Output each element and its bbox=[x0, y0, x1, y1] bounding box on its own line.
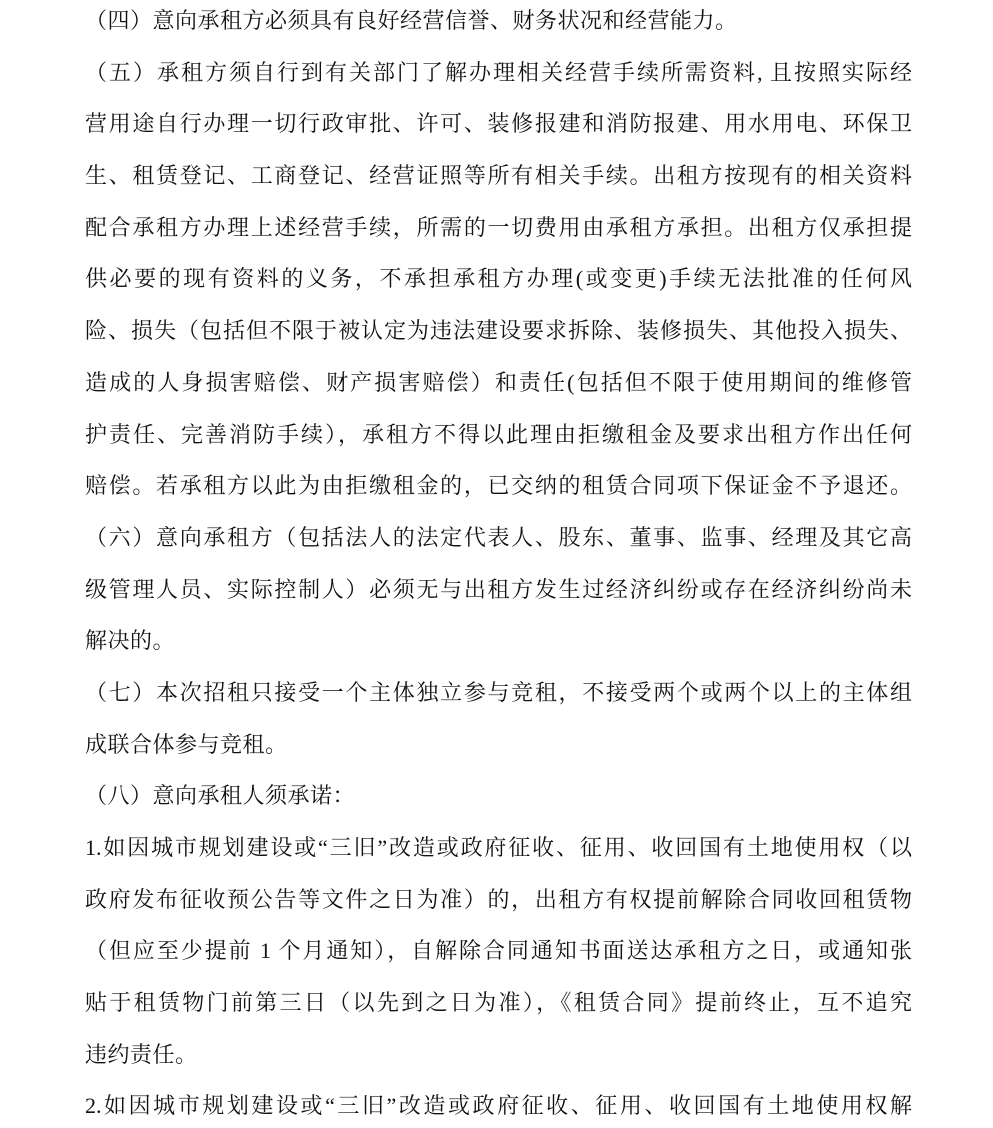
document-line: 贴于租赁物门前第三日（以先到之日为准），《租赁合同》提前终止，互不追究 bbox=[85, 977, 912, 1029]
document-line: 赔偿。若承租方以此为由拒缴租金的，已交纳的租赁合同项下保证金不予退还。 bbox=[85, 460, 912, 512]
document-line: 1.如因城市规划建设或“三旧”改造或政府征收、征用、收回国有土地使用权（以 bbox=[85, 822, 912, 874]
document-line: 政府发布征收预公告等文件之日为准）的，出租方有权提前解除合同收回租赁物 bbox=[85, 874, 912, 926]
document-line: 解决的。 bbox=[85, 615, 912, 667]
document-line: 生、租赁登记、工商登记、经营证照等所有相关手续。出租方按现有的相关资料 bbox=[85, 150, 912, 202]
document-page: （四）意向承租方必须具有良好经营信誉、财务状况和经营能力。 （五）承租方须自行到… bbox=[0, 0, 993, 1128]
document-body: （四）意向承租方必须具有良好经营信誉、财务状况和经营能力。 （五）承租方须自行到… bbox=[85, 0, 912, 1128]
document-line: 供必要的现有资料的义务，不承担承租方办理(或变更)手续无法批准的任何风 bbox=[85, 253, 912, 305]
document-line: （但应至少提前 1 个月通知），自解除合同通知书面送达承租方之日，或通知张 bbox=[85, 925, 912, 977]
document-line: 违约责任。 bbox=[85, 1029, 912, 1081]
document-line: 造成的人身损害赔偿、财产损害赔偿）和责任(包括但不限于使用期间的维修管 bbox=[85, 357, 912, 409]
document-line: （七）本次招租只接受一个主体独立参与竞租，不接受两个或两个以上的主体组 bbox=[85, 667, 912, 719]
document-line: 配合承租方办理上述经营手续，所需的一切费用由承租方承担。出租方仅承担提 bbox=[85, 202, 912, 254]
document-line: （五）承租方须自行到有关部门了解办理相关经营手续所需资料, 且按照实际经 bbox=[85, 47, 912, 99]
document-line: 营用途自行办理一切行政审批、许可、装修报建和消防报建、用水用电、环保卫 bbox=[85, 98, 912, 150]
document-line: （八）意向承租人须承诺： bbox=[85, 770, 912, 822]
document-line: 级管理人员、实际控制人）必须无与出租方发生过经济纠纷或存在经济纠纷尚未 bbox=[85, 564, 912, 616]
document-line: 险、损失（包括但不限于被认定为违法建设要求拆除、装修损失、其他投入损失、 bbox=[85, 305, 912, 357]
document-line: 护责任、完善消防手续），承租方不得以此理由拒缴租金及要求出租方作出任何 bbox=[85, 409, 912, 461]
document-line: （六）意向承租方（包括法人的法定代表人、股东、董事、监事、经理及其它高 bbox=[85, 512, 912, 564]
document-line: 2.如因城市规划建设或“三旧”改造或政府征收、征用、收回国有土地使用权解 bbox=[85, 1080, 912, 1128]
document-line: （四）意向承租方必须具有良好经营信誉、财务状况和经营能力。 bbox=[85, 0, 912, 47]
document-line: 成联合体参与竞租。 bbox=[85, 719, 912, 771]
